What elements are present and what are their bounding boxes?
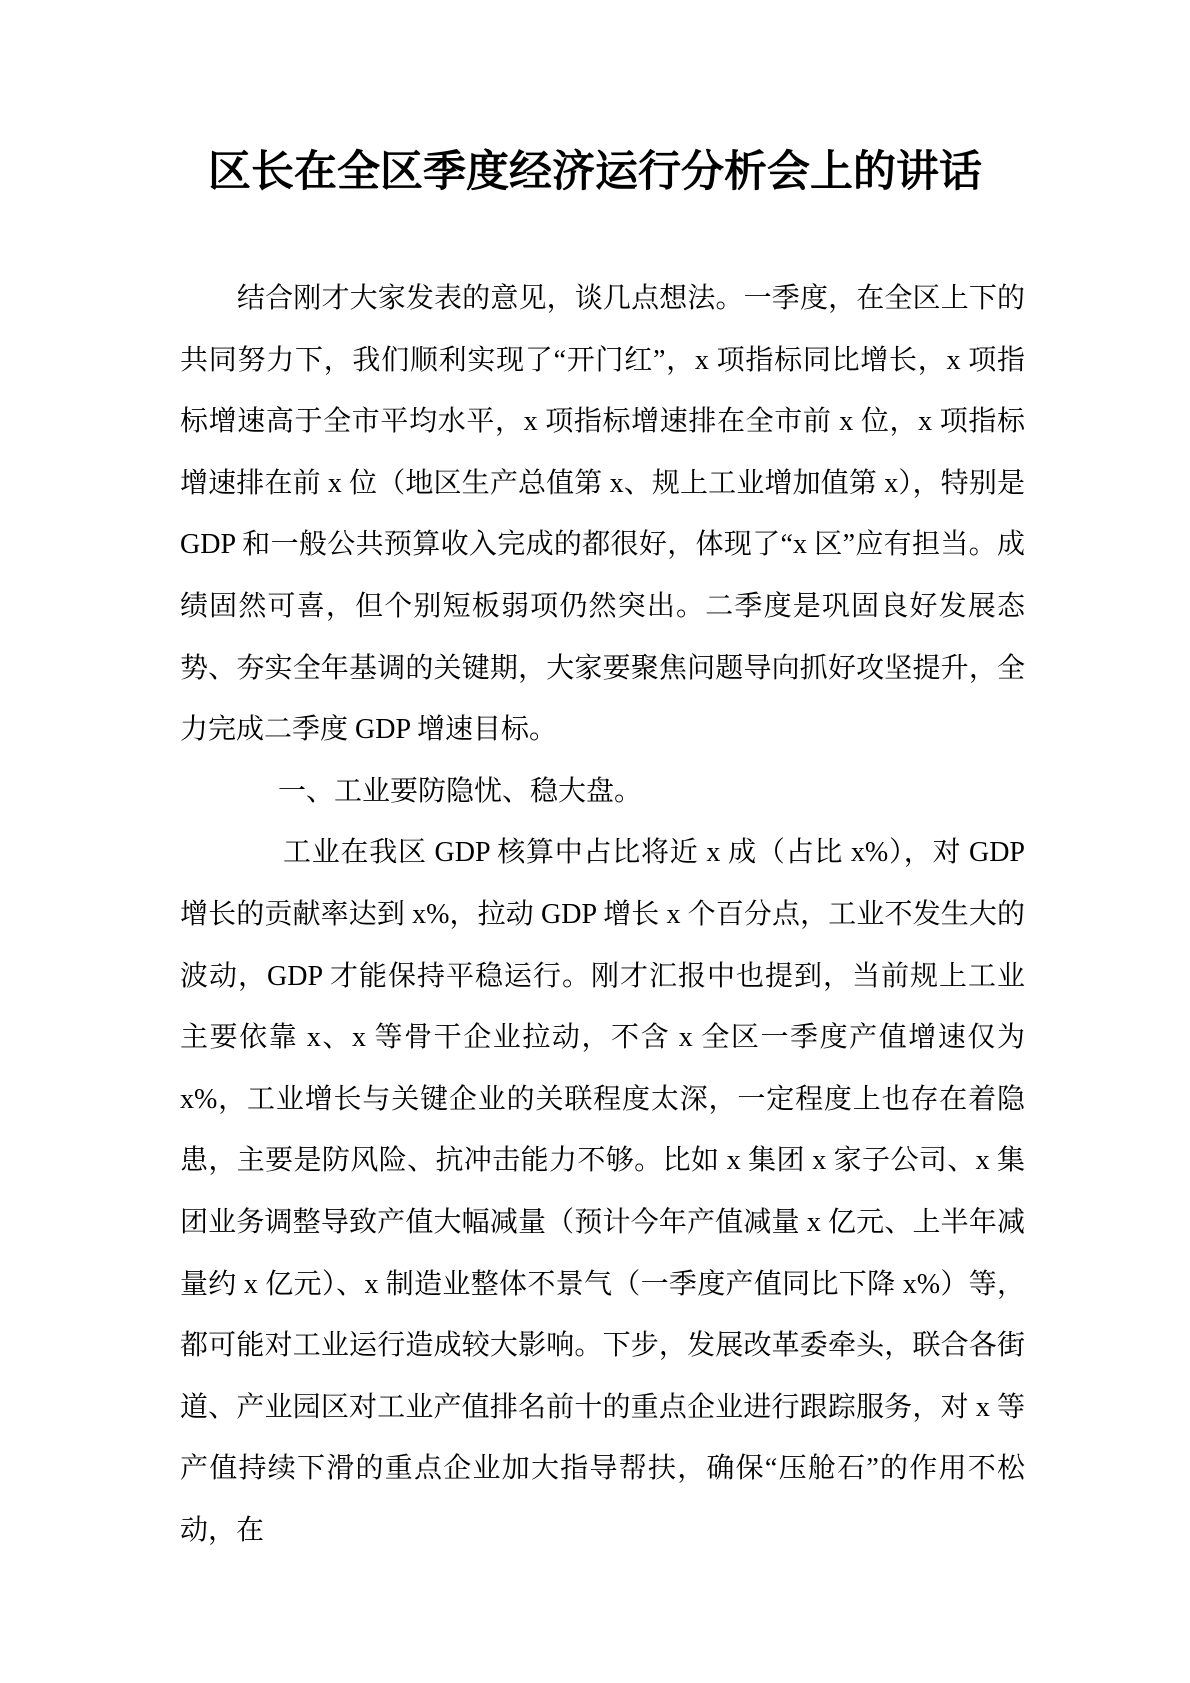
document-title: 区长在全区季度经济运行分析会上的讲话 bbox=[0, 143, 1190, 201]
paragraph-intro: 结合刚才大家发表的意见，谈几点想法。一季度，在全区上下的共同努力下，我们顺利实现… bbox=[180, 268, 1025, 761]
document-page: 区长在全区季度经济运行分析会上的讲话 结合刚才大家发表的意见，谈几点想法。一季度… bbox=[0, 0, 1190, 1683]
paragraph-section-1-body: 工业在我区 GDP 核算中占比将近 x 成（占比 x%），对 GDP 增长的贡献… bbox=[180, 822, 1025, 1561]
paragraph-section-1-heading: 一、工业要防隐忧、稳大盘。 bbox=[180, 761, 1025, 823]
document-body: 结合刚才大家发表的意见，谈几点想法。一季度，在全区上下的共同努力下，我们顺利实现… bbox=[180, 268, 1025, 1561]
